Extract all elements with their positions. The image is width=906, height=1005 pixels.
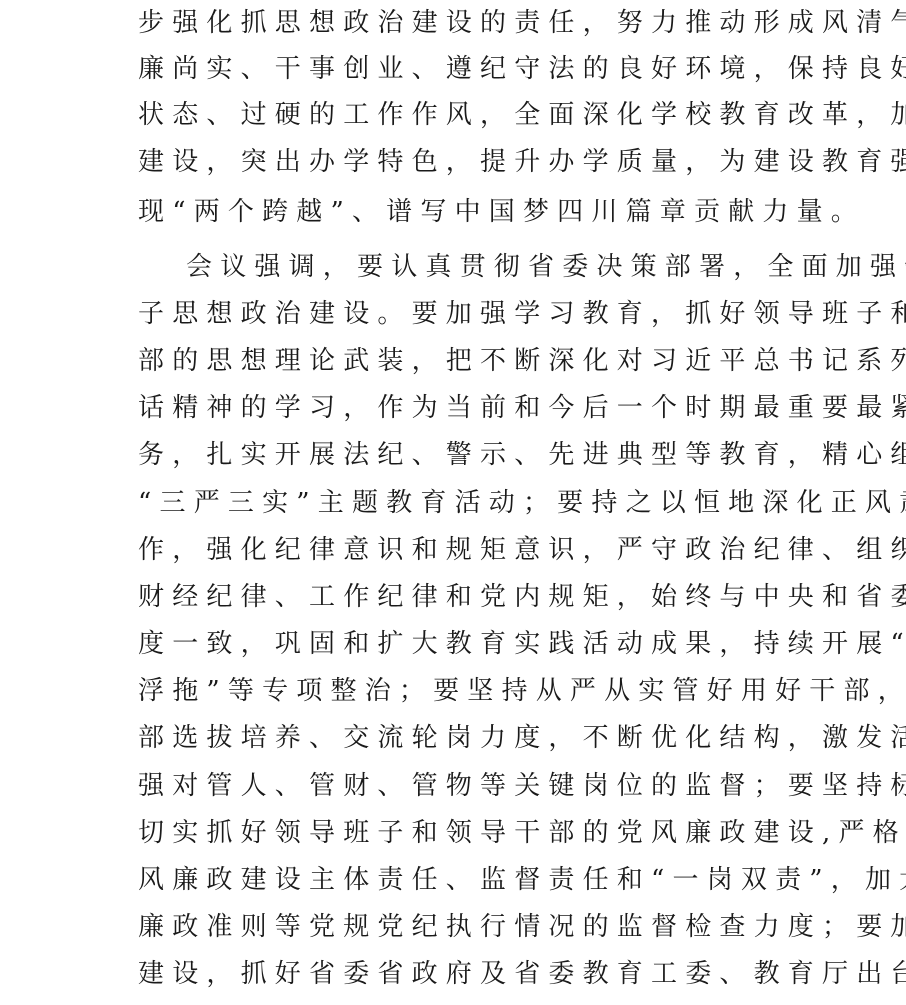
text-line: 廉政准则等党规党纪执行情况的监督检查力度；要加强制度 xyxy=(138,904,778,951)
text-line: 会议强调，要认真贯彻省委决策部署，全面加强领导班 xyxy=(186,244,826,291)
text-line: 部选拔培养、交流轮岗力度，不断优化结构，激发活力，加 xyxy=(138,715,778,762)
text-line: 现“两个跨越”、谱写中国梦四川篇章贡献力量。 xyxy=(138,189,778,236)
text-line: 务，扎实开展法纪、警示、先进典型等教育，精心组织开展 xyxy=(138,432,778,479)
text-line: 度一致，巩固和扩大教育实践活动成果，持续开展“庸懒散 xyxy=(138,621,778,668)
text-line: 子思想政治建设。要加强学习教育，抓好领导班子和党员干 xyxy=(138,291,778,338)
text-line: 步强化抓思想政治建设的责任，努力推动形成风清气正、崇 xyxy=(138,0,778,47)
text-line: “三严三实”主题教育活动；要持之以恒地深化正风肃纪工 xyxy=(138,480,778,527)
text-line: 风廉政建设主体责任、监督责任和“一岗双责”，加大党章、 xyxy=(138,857,778,904)
text-line: 切实抓好领导班子和领导干部的党风廉政建设,严格落实党 xyxy=(138,810,778,857)
text-line: 作，强化纪律意识和规矩意识，严守政治纪律、组织纪律、 xyxy=(138,527,778,574)
text-line: 建设，突出办学特色，提升办学质量，为建设教育强省、实 xyxy=(138,139,778,186)
text-line: 强对管人、管财、管物等关键岗位的监督；要坚持标本兼治， xyxy=(138,763,778,810)
text-line: 浮拖”等专项整治；要坚持从严从实管好用好干部，加大干 xyxy=(138,668,778,715)
text-line: 建设，抓好省委省政府及省委教育工委、教育厅出台的一系 xyxy=(138,951,778,998)
document-page: 步强化抓思想政治建设的责任，努力推动形成风清气正、崇 廉尚实、干事创业、遵纪守法… xyxy=(0,0,906,1005)
text-line: 话精神的学习，作为当前和今后一个时期最重要最紧迫的任 xyxy=(138,385,778,432)
text-line: 状态、过硬的工作作风，全面深化学校教育改革，加强内涵 xyxy=(138,92,778,139)
text-line: 廉尚实、干事创业、遵纪守法的良好环境，保持良好的精神 xyxy=(138,46,778,93)
text-line: 财经纪律、工作纪律和党内规矩，始终与中央和省委保持高 xyxy=(138,574,778,621)
text-line: 部的思想理论武装，把不断深化对习近平总书记系列重要讲 xyxy=(138,338,778,385)
